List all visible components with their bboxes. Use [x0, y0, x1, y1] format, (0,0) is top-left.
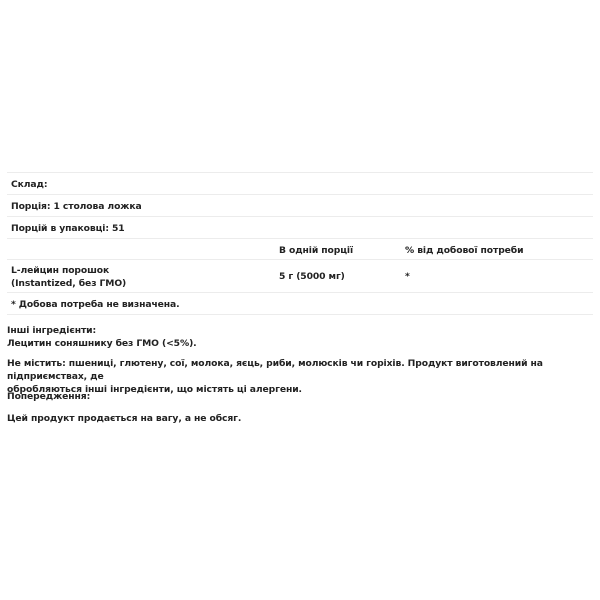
- ingredient-daily-value: *: [405, 271, 410, 282]
- header-per-serving: В одній порції: [279, 245, 353, 256]
- ingredient-amount: 5 г (5000 мг): [279, 271, 345, 282]
- serving-size: Порція: 1 столова ложка: [11, 201, 142, 212]
- footnote: * Добова потреба не визначена.: [11, 299, 180, 310]
- servings-per-container: Порцій в упаковці: 51: [11, 223, 125, 234]
- allergen-line1: Не містить: пшениці, глютену, сої, молок…: [7, 357, 593, 383]
- ingredient-name: L-лейцин порошок (Instantized, без ГМО): [11, 264, 126, 290]
- other-ingredients-title: Інші інгредієнти:: [7, 324, 593, 337]
- table-row-composition: Склад:: [7, 173, 593, 195]
- table-header-row: В одній порції % від добової потреби: [7, 239, 593, 260]
- table-row-serving: Порція: 1 столова ложка: [7, 195, 593, 217]
- supplement-facts-table: Склад: Порція: 1 столова ложка Порцій в …: [7, 172, 593, 315]
- other-ingredients: Інші інгредієнти: Лецитин соняшнику без …: [7, 324, 593, 350]
- other-ingredients-text: Лецитин соняшнику без ГМО (<5%).: [7, 337, 593, 350]
- warning-title: Попередження:: [7, 390, 593, 403]
- ingredient-name-line2: (Instantized, без ГМО): [11, 277, 126, 290]
- table-footnote-row: * Добова потреба не визначена.: [7, 293, 593, 315]
- warning-text: Цей продукт продається на вагу, а не обс…: [7, 412, 593, 425]
- table-row-ingredient: L-лейцин порошок (Instantized, без ГМО) …: [7, 260, 593, 293]
- header-daily-value: % від добової потреби: [405, 245, 523, 256]
- composition-label: Склад:: [11, 179, 47, 190]
- ingredient-name-line1: L-лейцин порошок: [11, 264, 126, 277]
- table-row-servings-per-container: Порцій в упаковці: 51: [7, 217, 593, 239]
